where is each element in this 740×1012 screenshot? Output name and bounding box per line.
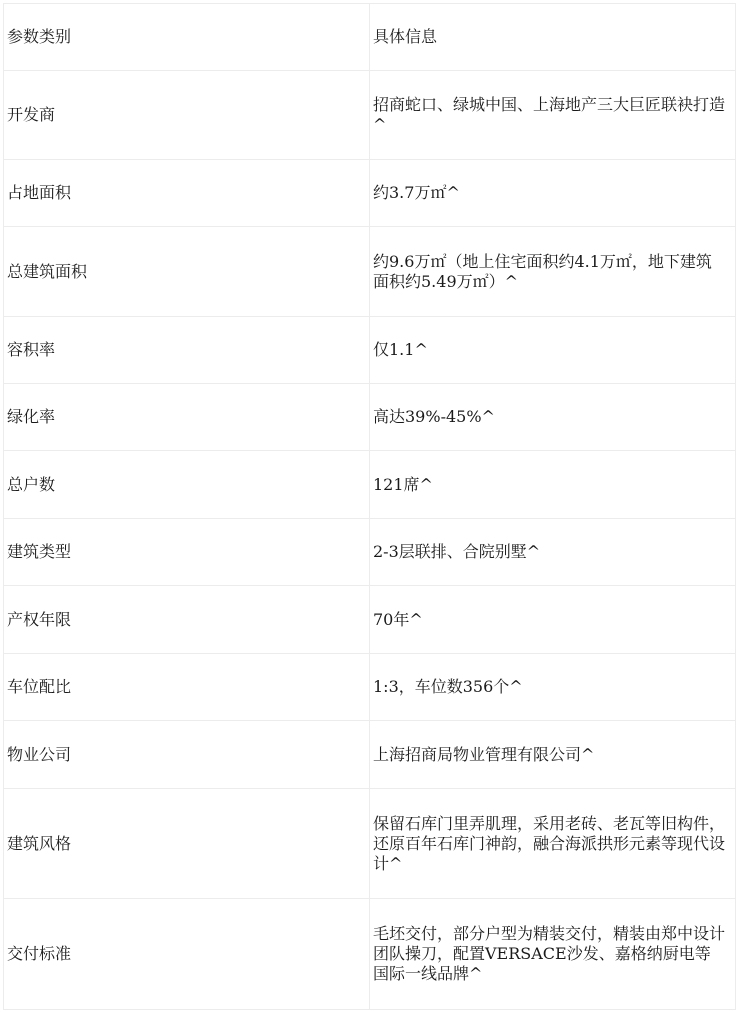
table-row: 总户数 121席^ <box>4 451 736 519</box>
table-row: 总建筑面积 约9.6万㎡（地上住宅面积约4.1万㎡，地下建筑面积约5.49万㎡）… <box>4 227 736 317</box>
row-value-architecture-style: 保留石库门里弄肌理，采用老砖、老瓦等旧构件，还原百年石库门神韵，融合海派拱形元素… <box>370 789 736 899</box>
row-value-green-ratio: 高达39%-45%^ <box>370 384 736 451</box>
table-row: 容积率 仅1.1^ <box>4 317 736 384</box>
table-row: 交付标准 毛坯交付，部分户型为精装交付，精装由郑中设计团队操刀，配置VERSAC… <box>4 899 736 1010</box>
row-key-land-area: 占地面积 <box>4 160 370 227</box>
row-key-property-term: 产权年限 <box>4 586 370 654</box>
row-value-land-area: 约3.7万㎡^ <box>370 160 736 227</box>
row-key-gross-floor-area: 总建筑面积 <box>4 227 370 317</box>
row-value-plot-ratio: 仅1.1^ <box>370 317 736 384</box>
row-key-property-management: 物业公司 <box>4 721 370 789</box>
row-value-households: 121席^ <box>370 451 736 519</box>
table-row: 建筑类型 2-3层联排、合院别墅^ <box>4 519 736 586</box>
header-value-cell: 具体信息 <box>370 4 736 71</box>
row-value-property-management: 上海招商局物业管理有限公司^ <box>370 721 736 789</box>
row-key-green-ratio: 绿化率 <box>4 384 370 451</box>
table-row: 建筑风格 保留石库门里弄肌理，采用老砖、老瓦等旧构件，还原百年石库门神韵，融合海… <box>4 789 736 899</box>
row-key-building-type: 建筑类型 <box>4 519 370 586</box>
row-key-developer: 开发商 <box>4 71 370 160</box>
row-value-building-type: 2-3层联排、合院别墅^ <box>370 519 736 586</box>
row-key-households: 总户数 <box>4 451 370 519</box>
row-key-architecture-style: 建筑风格 <box>4 789 370 899</box>
project-spec-table: 参数类别 具体信息 开发商 招商蛇口、绿城中国、上海地产三大巨匠联袂打造^ 占地… <box>3 3 736 1010</box>
table-row: 车位配比 1:3，车位数356个^ <box>4 654 736 721</box>
table-row: 占地面积 约3.7万㎡^ <box>4 160 736 227</box>
table-row: 绿化率 高达39%-45%^ <box>4 384 736 451</box>
table-row: 开发商 招商蛇口、绿城中国、上海地产三大巨匠联袂打造^ <box>4 71 736 160</box>
header-key-cell: 参数类别 <box>4 4 370 71</box>
table-row: 物业公司 上海招商局物业管理有限公司^ <box>4 721 736 789</box>
row-value-delivery-standard: 毛坯交付，部分户型为精装交付，精装由郑中设计团队操刀，配置VERSACE沙发、嘉… <box>370 899 736 1010</box>
row-value-developer: 招商蛇口、绿城中国、上海地产三大巨匠联袂打造^ <box>370 71 736 160</box>
row-key-delivery-standard: 交付标准 <box>4 899 370 1010</box>
row-key-parking-ratio: 车位配比 <box>4 654 370 721</box>
table-row: 产权年限 70年^ <box>4 586 736 654</box>
row-value-property-term: 70年^ <box>370 586 736 654</box>
row-key-plot-ratio: 容积率 <box>4 317 370 384</box>
row-value-gross-floor-area: 约9.6万㎡（地上住宅面积约4.1万㎡，地下建筑面积约5.49万㎡）^ <box>370 227 736 317</box>
row-value-parking-ratio: 1:3，车位数356个^ <box>370 654 736 721</box>
table-header-row: 参数类别 具体信息 <box>4 4 736 71</box>
